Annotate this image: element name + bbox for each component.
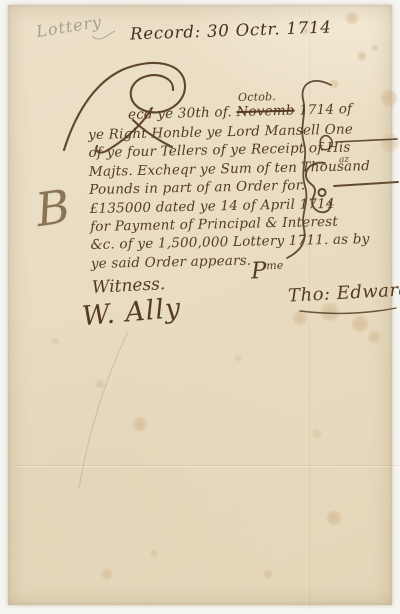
foxing-spot bbox=[326, 510, 342, 526]
correction-group: Octob. Novemb bbox=[236, 103, 295, 121]
foxing-spot bbox=[329, 79, 339, 89]
scanned-document-page: Lottery Record: 30 Octr. 1714 ecd ye 30t… bbox=[0, 0, 400, 614]
body-line-1: ecd ye 30th of. Octob. Novemb 1714 of bbox=[128, 101, 353, 123]
per-me-initial: P bbox=[251, 258, 267, 285]
foxing-spot bbox=[263, 569, 273, 579]
horizontal-fold-highlight bbox=[16, 466, 400, 467]
witness-signature: W. Ally bbox=[81, 293, 183, 333]
margin-monogram-b: B bbox=[32, 179, 73, 237]
foxing-spot bbox=[51, 337, 59, 345]
foxing-spot bbox=[95, 379, 105, 389]
foxing-spot bbox=[351, 315, 369, 333]
foxing-spot bbox=[312, 429, 322, 439]
foxing-spot bbox=[101, 568, 113, 580]
foxing-spot bbox=[380, 133, 400, 153]
body-text-block: ye Right Honble ye Lord Mansell One of y… bbox=[88, 121, 341, 273]
manuscript-paper: Lottery Record: 30 Octr. 1714 ecd ye 30t… bbox=[8, 5, 392, 605]
struck-word: Novemb bbox=[236, 103, 295, 121]
record-date-line: Record: 30 Octr. 1714 bbox=[130, 17, 332, 43]
foxing-spot bbox=[150, 549, 158, 557]
ink-flourishes-layer bbox=[8, 5, 400, 614]
pencil-note-lottery: Lottery bbox=[35, 12, 103, 41]
foxing-spot bbox=[320, 302, 340, 322]
per-me-suffix: me bbox=[266, 259, 283, 273]
signer-signature: Tho: Edwards. bbox=[288, 278, 400, 306]
foxing-spot bbox=[345, 11, 359, 25]
per-me-mark: Pme bbox=[251, 257, 284, 284]
signature-underline bbox=[300, 308, 396, 313]
foxing-spot bbox=[367, 330, 381, 344]
foxing-spot bbox=[132, 416, 148, 432]
inserted-word-above: Octob. bbox=[238, 90, 276, 104]
body-line-1-prefix: ecd ye 30th of. bbox=[128, 104, 232, 123]
foxing-spot bbox=[357, 51, 367, 61]
foxing-spot bbox=[380, 89, 398, 107]
pencil-note-tail bbox=[92, 31, 115, 39]
foxing-spot bbox=[234, 354, 242, 362]
foxing-spot bbox=[371, 44, 379, 52]
margin-annotation-az: az bbox=[339, 155, 350, 166]
vertical-fold-crease bbox=[309, 10, 310, 610]
body-line-1-suffix: 1714 of bbox=[299, 101, 353, 118]
foxing-spot bbox=[292, 310, 308, 326]
